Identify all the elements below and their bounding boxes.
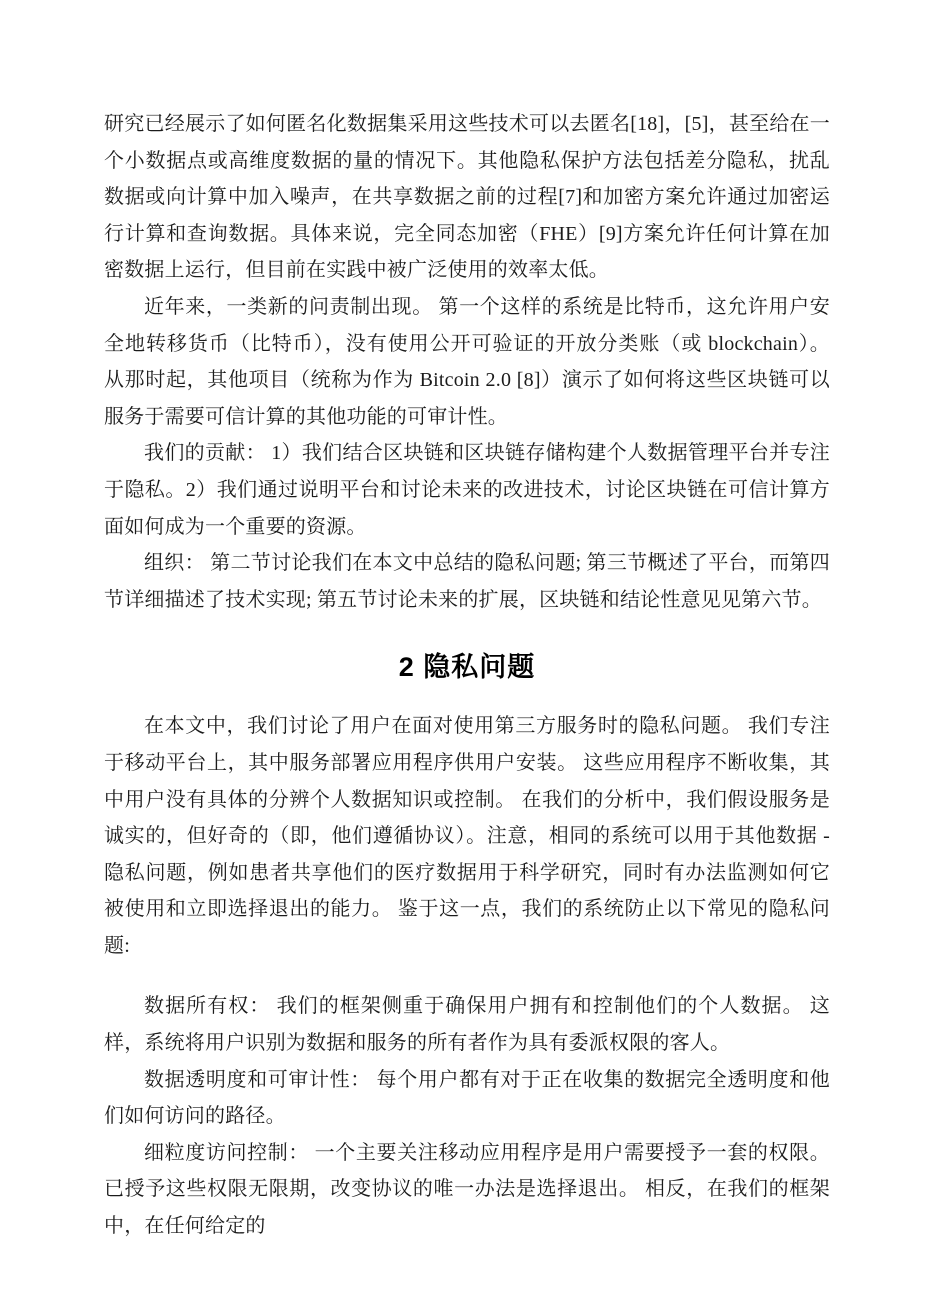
para-deanonymization: 研究已经展示了如何匿名化数据集采用这些技术可以去匿名[18]，[5]，甚至给在一… [104, 106, 830, 289]
document-page: 研究已经展示了如何匿名化数据集采用这些技术可以去匿名[18]，[5]，甚至给在一… [0, 0, 926, 1309]
para-data-transparency: 数据透明度和可审计性： 每个用户都有对于正在收集的数据完全透明度和他们如何访问的… [104, 1062, 830, 1135]
para-accountability-bitcoin: 近年来，一类新的问责制出现。 第一个这样的系统是比特币，这允许用户安全地转移货币… [104, 289, 830, 435]
section-heading-privacy-issues: 2 隐私问题 [104, 647, 830, 687]
para-privacy-intro: 在本文中，我们讨论了用户在面对使用第三方服务时的隐私问题。 我们专注于移动平台上… [104, 708, 830, 964]
para-access-control: 细粒度访问控制： 一个主要关注移动应用程序是用户需要授予一套的权限。 已授予这些… [104, 1135, 830, 1245]
para-data-ownership: 数据所有权： 我们的框架侧重于确保用户拥有和控制他们的个人数据。 这样，系统将用… [104, 988, 830, 1061]
para-organization: 组织： 第二节讨论我们在本文中总结的隐私问题; 第三节概述了平台，而第四节详细描… [104, 545, 830, 618]
para-contributions: 我们的贡献： 1）我们结合区块链和区块链存储构建个人数据管理平台并专注于隐私。2… [104, 435, 830, 545]
